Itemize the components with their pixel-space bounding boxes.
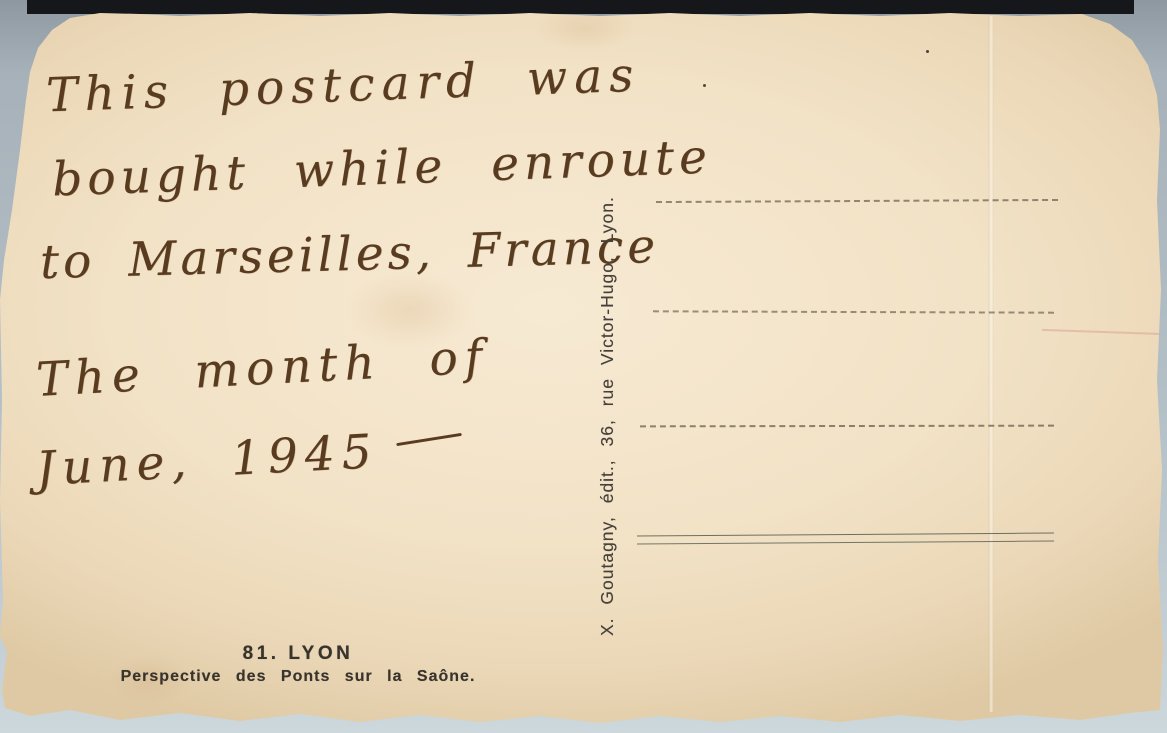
caption-subtitle: Perspective des Ponts sur la Saône. (100, 668, 496, 686)
paper-crease (988, 16, 994, 712)
handwritten-line-3: to Marseilles, France (39, 219, 659, 290)
publisher-imprint: X. Goutagny, édit., 36, rue Victor-Hugo,… (597, 130, 618, 636)
handwritten-line-4: The month of (35, 329, 491, 408)
caption-title: 81. LYON (100, 643, 496, 665)
printed-caption: 81. LYON Perspective des Ponts sur la Sa… (100, 643, 496, 686)
pink-stain-streak (1042, 329, 1164, 335)
address-line-2 (653, 310, 1054, 313)
address-line-1 (656, 199, 1058, 203)
handwritten-line-1: This postcard was (45, 48, 641, 124)
scan-edge-strip (27, 0, 1134, 14)
paper-speck (926, 50, 929, 53)
pen-flourish (396, 433, 462, 446)
postcard-paper: This postcard was bought while enroute t… (0, 0, 1167, 733)
paper-speck (703, 84, 706, 87)
handwritten-line-5: June, 1945 (35, 424, 380, 497)
scanned-postcard-back: This postcard was bought while enroute t… (0, 0, 1167, 733)
